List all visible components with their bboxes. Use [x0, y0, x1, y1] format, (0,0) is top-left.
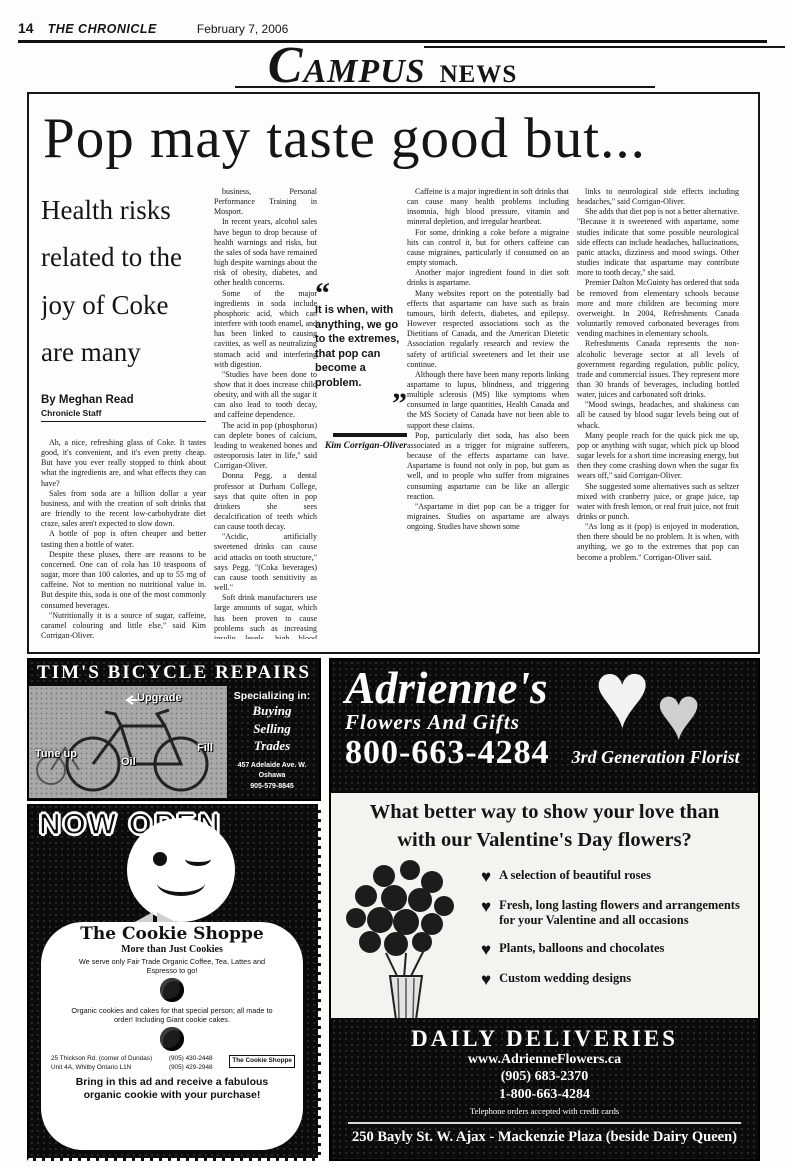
page-number: 14	[18, 20, 34, 36]
article-paragraph: "Studies have been done to show that it …	[214, 370, 317, 421]
flowers-ad: Adrienne's Flowers And Gifts 800-663-428…	[329, 658, 760, 1161]
bike-item-buying: Buying	[229, 702, 315, 720]
flowers-address: 250 Bayly St. W. Ajax - Mackenzie Plaza …	[331, 1129, 758, 1146]
gingerbread-eye	[153, 852, 167, 866]
article-paragraph: "As long as it (pop) is enjoyed in moder…	[577, 522, 739, 563]
article-paragraph: Caffeine is a major ingredient in soft d…	[407, 187, 569, 228]
article-paragraph: Many websites report on the potentially …	[407, 289, 569, 370]
pull-quote-attribution: Kim Corrigan-Oliver	[315, 441, 407, 451]
bike-address-line2: Oshawa	[229, 771, 315, 782]
article-paragraph: Ah, a nice, refreshing glass of Coke. It…	[41, 438, 206, 489]
bike-ad-body: Tune up Oil Upgrade Fill Specializing in…	[29, 686, 319, 798]
cookie-contact-block: 25 Thickson Rd. (corner of Dundas) Unit …	[41, 1053, 303, 1073]
advertisement-section: TIM'S BICYCLE REPAIRS	[27, 658, 760, 1161]
bike-label-oil: Oil	[121, 756, 136, 768]
cookie-text-organic: Organic cookies and cakes for that speci…	[41, 1004, 303, 1025]
cookie-shoppe-tagline: More than Just Cookies	[41, 944, 303, 955]
cookie-shoppe-ad: NOW OPEN The Cookie Shoppe More than Jus…	[27, 804, 321, 1161]
article-paragraph: Many people reach for the quick pick me …	[577, 431, 739, 482]
article-column-1: Health risks related to the joy of Coke …	[41, 187, 206, 639]
flowers-bullet-text: Custom wedding designs	[499, 971, 631, 986]
gingerbread-smile	[157, 870, 205, 896]
open-quote-icon: “	[315, 285, 407, 303]
gingerbread-wink-eye	[185, 852, 211, 866]
article-paragraph: She adds that diet pop is not a better a…	[577, 207, 739, 278]
flowers-heading-line2: with our Valentine's Day flowers?	[331, 827, 758, 855]
byline-role: Chronicle Staff	[41, 408, 206, 422]
section-title-news: NEWS	[440, 61, 518, 89]
article-subheadline: Health risks related to the joy of Coke …	[41, 187, 206, 376]
heart-bullet-icon: ♥	[481, 941, 491, 958]
masthead-rule-bottom	[235, 86, 655, 88]
rose-bouquet-illustration	[336, 858, 476, 1023]
flowers-heading: What better way to show your love than w…	[331, 799, 758, 854]
article-paragraph: "Aspartame in diet pop can be a trigger …	[407, 502, 569, 532]
close-quote-icon: ”	[315, 390, 407, 417]
article-column-2: business, Personal Performance Training …	[214, 187, 317, 639]
bike-phone: 905-579-8845	[229, 782, 315, 793]
cookie-address-line1: 25 Thickson Rd. (corner of Dundas)	[51, 1055, 152, 1064]
pull-quote-rule	[333, 433, 407, 437]
article-paragraph: The acid in pop (phosphorus) can deplete…	[214, 421, 317, 472]
article-paragraph: Although there have been many reports li…	[407, 370, 569, 431]
article-box: Pop may taste good but... Health risks r…	[27, 92, 760, 654]
flowers-mid-body: ♥ A selection of beautiful roses ♥ Fresh…	[331, 858, 758, 1028]
flowers-phone-local: (905) 683-2370	[331, 1068, 758, 1086]
article-paragraph: business, Personal Performance Training …	[214, 187, 317, 217]
bike-label-fill: Fill	[197, 742, 213, 754]
rose-bouquet-image	[331, 858, 481, 1028]
article-paragraph: links to neurological side effects inclu…	[577, 187, 739, 207]
cookie-icon	[160, 978, 184, 1002]
article-paragraph: "Acidic, artificially sweetened drinks c…	[214, 532, 317, 593]
flowers-ad-middle: What better way to show your love than w…	[331, 793, 758, 1018]
flowers-heading-line1: What better way to show your love than	[331, 799, 758, 827]
bike-item-selling: Selling	[229, 720, 315, 738]
flowers-ad-header: Adrienne's Flowers And Gifts 800-663-428…	[331, 660, 758, 793]
flowers-bullet-text: Fresh, long lasting flowers and arrangem…	[499, 898, 750, 928]
article-paragraph: Refreshments Canada represents the non-a…	[577, 339, 739, 400]
article-paragraph: "Nutritionally it is a source of sugar, …	[41, 611, 206, 639]
cookie-address-line2: Unit 4A, Whitby Ontario L1N	[51, 1064, 152, 1073]
article-paragraph: A bottle of pop is often cheaper and bet…	[41, 529, 206, 549]
article-paragraph: For some, drinking a coke before a migra…	[407, 228, 569, 269]
cookie-address: 25 Thickson Rd. (corner of Dundas) Unit …	[51, 1055, 152, 1073]
bike-ad-sidebar: Specializing in: Buying Selling Trades 4…	[227, 686, 319, 798]
bike-label-tuneup: Tune up	[35, 748, 77, 760]
issue-date: February 7, 2006	[197, 22, 288, 36]
bike-repair-ad: TIM'S BICYCLE REPAIRS	[27, 658, 321, 801]
bike-item-trades: Trades	[229, 737, 315, 755]
flowers-bullet-text: Plants, balloons and chocolates	[499, 941, 664, 956]
list-item: ♥ Fresh, long lasting flowers and arrang…	[481, 898, 750, 928]
pull-quote-text: It is when, with anything, we go to the …	[315, 303, 407, 390]
article-paragraph: Premier Dalton McGuinty has ordered that…	[577, 278, 739, 339]
flowers-bullet-list: ♥ A selection of beautiful roses ♥ Fresh…	[481, 858, 758, 1028]
pull-quote: “ It is when, with anything, we go to th…	[315, 285, 407, 451]
article-paragraph: Sales from soda are a billion dollar a y…	[41, 489, 206, 530]
article-paragraph: Soft drink manufacturers use large amoun…	[214, 593, 317, 639]
cookie-phone2: (905) 429-2948	[169, 1064, 213, 1073]
newspaper-page: 14 THE CHRONICLE February 7, 2006 CAMPUS…	[0, 0, 785, 1167]
article-body: Health risks related to the joy of Coke …	[41, 187, 746, 639]
article-paragraph: In recent years, alcohol sales have begu…	[214, 217, 317, 288]
bike-specializing: Specializing in:	[229, 690, 315, 702]
article-paragraph: Another major ingredient found in diet s…	[407, 268, 569, 288]
left-ad-column: TIM'S BICYCLE REPAIRS	[27, 658, 321, 1161]
cookie-phones: (905) 430-2448 (905) 429-2948	[169, 1055, 213, 1073]
article-paragraph: Despite these pluses, there are reasons …	[41, 550, 206, 611]
bike-address: 457 Adelaide Ave. W. Oshawa 905-579-8845	[229, 761, 315, 793]
heart-icon: ♥	[656, 676, 701, 752]
cookie-shoppe-name: The Cookie Shoppe	[41, 924, 303, 944]
list-item: ♥ Custom wedding designs	[481, 971, 750, 988]
article-paragraph: She suggested some alternatives such as …	[577, 482, 739, 523]
article-headline: Pop may taste good but...	[41, 94, 746, 187]
flowers-website: www.AdrienneFlowers.ca	[331, 1052, 758, 1068]
bike-address-line1: 457 Adelaide Ave. W.	[229, 761, 315, 772]
byline-block: By Meghan Read Chronicle Staff	[41, 390, 206, 422]
flowers-orders-note: Telephone orders accepted with credit ca…	[331, 1106, 758, 1116]
daily-deliveries-title: DAILY DELIVERIES	[331, 1026, 758, 1052]
byline: By Meghan Read	[41, 394, 134, 406]
publication-name: THE CHRONICLE	[48, 22, 157, 36]
article-paragraph: Pop, particularly diet soda, has also be…	[407, 431, 569, 502]
article-paragraph: Donna Pegg, a dental professor at Durham…	[214, 471, 317, 532]
masthead-rule-top	[424, 46, 785, 48]
cookie-text-coffee: We serve only Fair Trade Organic Coffee,…	[41, 955, 303, 976]
list-item: ♥ A selection of beautiful roses	[481, 868, 750, 885]
article-column-4: links to neurological side effects inclu…	[577, 187, 739, 639]
heart-bullet-icon: ♥	[481, 898, 491, 915]
hearts-graphic: ♥ ♥	[594, 648, 744, 758]
bicycle-image: Tune up Oil Upgrade Fill	[29, 686, 227, 798]
heart-bullet-icon: ♥	[481, 971, 491, 988]
flowers-phone: 800-663-4284	[345, 734, 550, 772]
gingerbread-man-head-image	[127, 818, 235, 922]
heart-icon: ♥	[594, 648, 650, 743]
flowers-phone-tollfree: 1-800-663-4284	[331, 1086, 758, 1104]
cookie-coupon-text: Bring in this ad and receive a fabulous …	[41, 1073, 303, 1102]
flowers-footer-divider	[348, 1122, 741, 1124]
cookie-phone1: (905) 430-2448	[169, 1055, 213, 1064]
article-column-3: Caffeine is a major ingredient in soft d…	[407, 187, 569, 639]
list-item: ♥ Plants, balloons and chocolates	[481, 941, 750, 958]
flowers-ad-footer: DAILY DELIVERIES www.AdrienneFlowers.ca …	[331, 1018, 758, 1159]
heart-bullet-icon: ♥	[481, 868, 491, 885]
article-paragraph: "Mood swings, headaches, and shakiness c…	[577, 400, 739, 430]
bike-ad-title: TIM'S BICYCLE REPAIRS	[29, 660, 319, 684]
section-masthead: CAMPUS NEWS	[0, 36, 785, 88]
gingerbread-man-body-image: The Cookie Shoppe More than Just Cookies…	[41, 922, 303, 1150]
article-paragraph: Some of the major ingredients in soda in…	[214, 289, 317, 370]
cookie-shoppe-logo: The Cookie Shoppe	[229, 1055, 295, 1068]
cookie-icon	[160, 1027, 184, 1051]
bike-label-upgrade: Upgrade	[137, 692, 182, 704]
flowers-bullet-text: A selection of beautiful roses	[499, 868, 651, 883]
